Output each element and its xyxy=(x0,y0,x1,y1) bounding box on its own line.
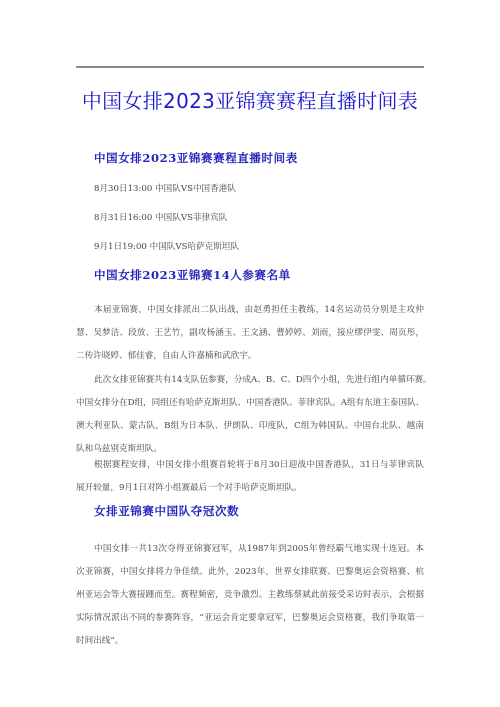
paragraph-line: 中国女排一共13次夺得亚锦赛冠军，从1987年到2005年曾经霸气地实现十连冠。… xyxy=(76,542,424,565)
paragraph-line: 此次女排亚锦赛共有14支队伍参赛，分成A、B、C、D四个小组，先进行组内单循环赛… xyxy=(76,373,424,396)
paragraph-line: 展开较量，9月1日对阵小组赛最后一个对手哈萨克斯坦队。 xyxy=(76,481,424,504)
document-title: 中国女排2023亚锦赛赛程直播时间表 xyxy=(76,87,424,115)
paragraph-line: 二传许晓婷、郁佳睿，自由人许嘉楠和武欣宇。 xyxy=(76,349,424,372)
schedule-item: 8月31日16:00 中国队VS菲律宾队 xyxy=(94,211,227,225)
section-heading-championships: 女排亚锦赛中国队夺冠次数 xyxy=(94,503,239,519)
section-heading-roster: 中国女排2023亚锦赛14人参赛名单 xyxy=(94,267,291,283)
paragraph-line: 澳大利亚队、蒙古队，B组为日本队、伊朗队、印度队，C组为韩国队、中国台北队、越南 xyxy=(76,419,424,442)
schedule-item: 8月30日13:00 中国队VS中国香港队 xyxy=(94,182,236,196)
paragraph-line: 根据赛程安排，中国女排小组赛首轮将于8月30日迎战中国香港队，31日与菲律宾队 xyxy=(76,458,424,481)
header-rule xyxy=(76,66,424,68)
paragraph-line: 州亚运会等大赛接踵而至。赛程频密，竞争激烈。主教练蔡斌此前接受采访时表示，会根据 xyxy=(76,588,424,611)
paragraph-roster: 本届亚锦赛，中国女排派出二队出战，由赵勇担任主教练，14名运动员分别是主攻仲 慧… xyxy=(76,303,424,372)
paragraph-line: 时间出线”。 xyxy=(76,634,424,657)
paragraph-championships: 中国女排一共13次夺得亚锦赛冠军，从1987年到2005年曾经霸气地实现十连冠。… xyxy=(76,542,424,657)
paragraph-line: 实际情况派出不同的参赛阵容，“亚运会肯定要拿冠军，巴黎奥运会资格赛，我们争取第一 xyxy=(76,611,424,634)
section-heading-schedule: 中国女排2023亚锦赛赛程直播时间表 xyxy=(94,150,298,166)
paragraph-groups: 此次女排亚锦赛共有14支队伍参赛，分成A、B、C、D四个小组，先进行组内单循环赛… xyxy=(76,373,424,465)
paragraph-schedule-detail: 根据赛程安排，中国女排小组赛首轮将于8月30日迎战中国香港队，31日与菲律宾队 … xyxy=(76,458,424,504)
paragraph-line: 次亚锦赛，中国女排将力争佳绩。此外，2023年，世界女排联赛、巴黎奥运会资格赛、… xyxy=(76,565,424,588)
paragraph-line: 本届亚锦赛，中国女排派出二队出战，由赵勇担任主教练，14名运动员分别是主攻仲 xyxy=(76,303,424,326)
paragraph-line: 慧、吴梦洁、段放、王艺竹，副攻杨涵玉、王文涵、曹婷婷、刘雨，接应缪伊雯、周页彤， xyxy=(76,326,424,349)
schedule-item: 9月1日19:00 中国队VS哈萨克斯坦队 xyxy=(94,240,239,254)
paragraph-line: 中国女排分在D组，同组还有哈萨克斯坦队、中国香港队、菲律宾队。A组有东道主泰国队… xyxy=(76,396,424,419)
